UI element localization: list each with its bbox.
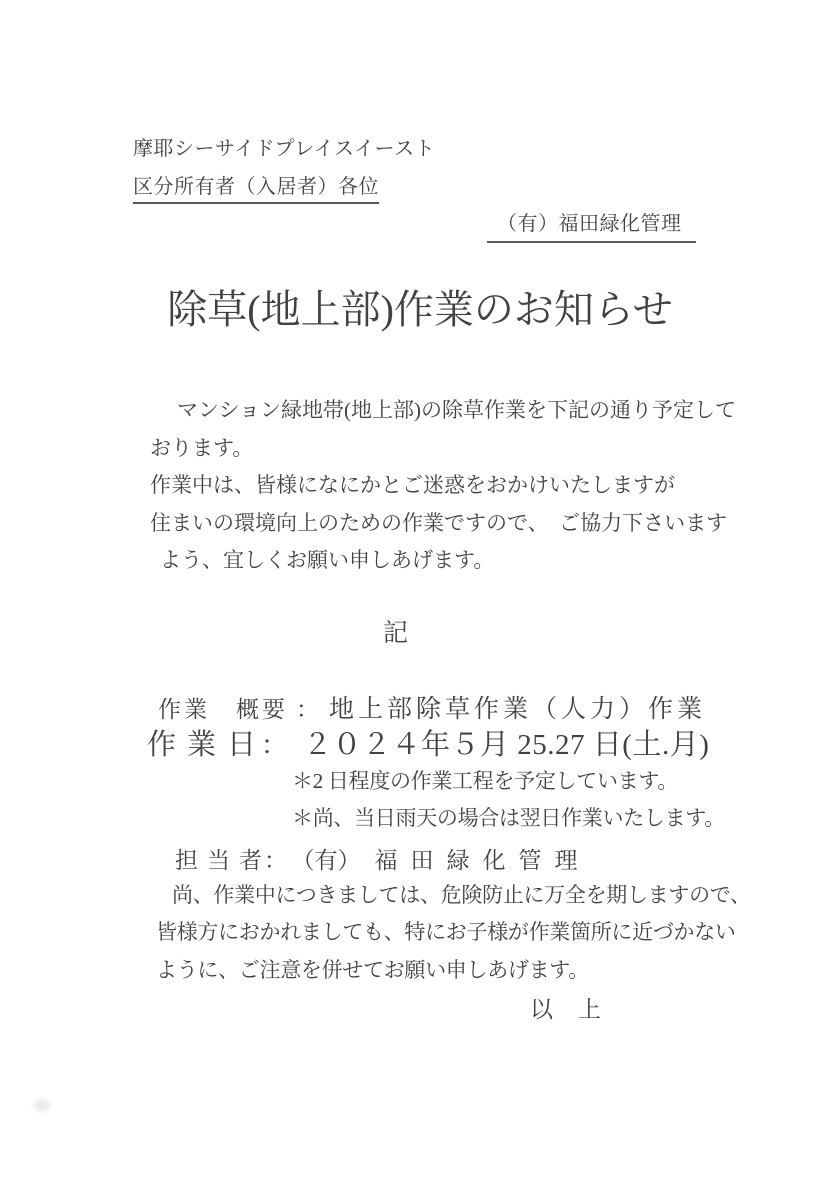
intro-line-1: マンション緑地帯(地上部)の除草作業を下記の通り予定して [150,392,750,430]
work-date-label: 作業日 [147,729,267,761]
intro-line-2: おります。 [150,430,750,468]
manager-row: 担当者：（有）福田緑化管理 [175,848,591,874]
closing-line-2: 皆様方におかれましても、特にお子様が作業箇所に近づかない [156,914,746,951]
scanned-notice-page: 摩耶シーサイドプレイスイースト 区分所有者（入居者）各位 （有）福田緑化管理 除… [0,0,840,1187]
work-date-colon: ： [261,731,287,760]
scan-smudge [34,1099,50,1112]
intro-line-3: 作業中は、皆様になにかとご迷惑をおかけいたしますが [150,467,750,505]
record-marker: 記 [383,620,408,649]
work-date-row: 作業日：２０２４年５月 25.27 日(土.月) [147,729,709,762]
intro-line-5: よう、宜しくお願い申しあげます。 [150,542,750,580]
recipient-line: 区分所有者（入居者）各位 [133,176,379,204]
notice-title: 除草(地上部)作業のお知らせ [0,287,840,333]
manager-company-prefix: （有） [303,848,361,873]
work-date-value: ２０２４年５月 25.27 日(土.月) [303,729,709,761]
closing-paragraph: 尚、作業中につきましては、危険防止に万全を期しますので、 皆様方におかれましても… [156,877,746,989]
overview-value: 地上部除草作業（人力）作業 [329,696,706,723]
date-note-2: ＊尚、当日雨天の場合は翌日作業いたします。 [292,806,725,830]
intro-line-4: 住まいの環境向上のための作業ですので、 ご協力下さいます [150,505,750,543]
intro-paragraph: マンション緑地帯(地上部)の除草作業を下記の通り予定して おります。 作業中は、… [150,392,750,580]
closing-line-3: ように、ご注意を併せてお願い申しあげます。 [156,952,746,989]
overview-label: 作業 概要 [158,697,288,722]
sender-company: （有）福田緑化管理 [487,213,696,243]
end-marker: 以 上 [530,997,602,1023]
recipient-building: 摩耶シーサイドプレイスイースト [133,138,435,161]
overview-colon: ： [296,697,319,722]
manager-colon: ： [264,848,287,873]
work-overview-row: 作業 概要：地上部除草作業（人力）作業 [158,696,706,725]
closing-line-1: 尚、作業中につきましては、危険防止に万全を期しますので、 [156,877,746,914]
manager-company-name: 福田緑化管理 [375,848,591,873]
date-note-1: ＊2 日程度の作業工程を予定しています。 [292,769,678,793]
manager-label: 担当者 [175,848,271,873]
